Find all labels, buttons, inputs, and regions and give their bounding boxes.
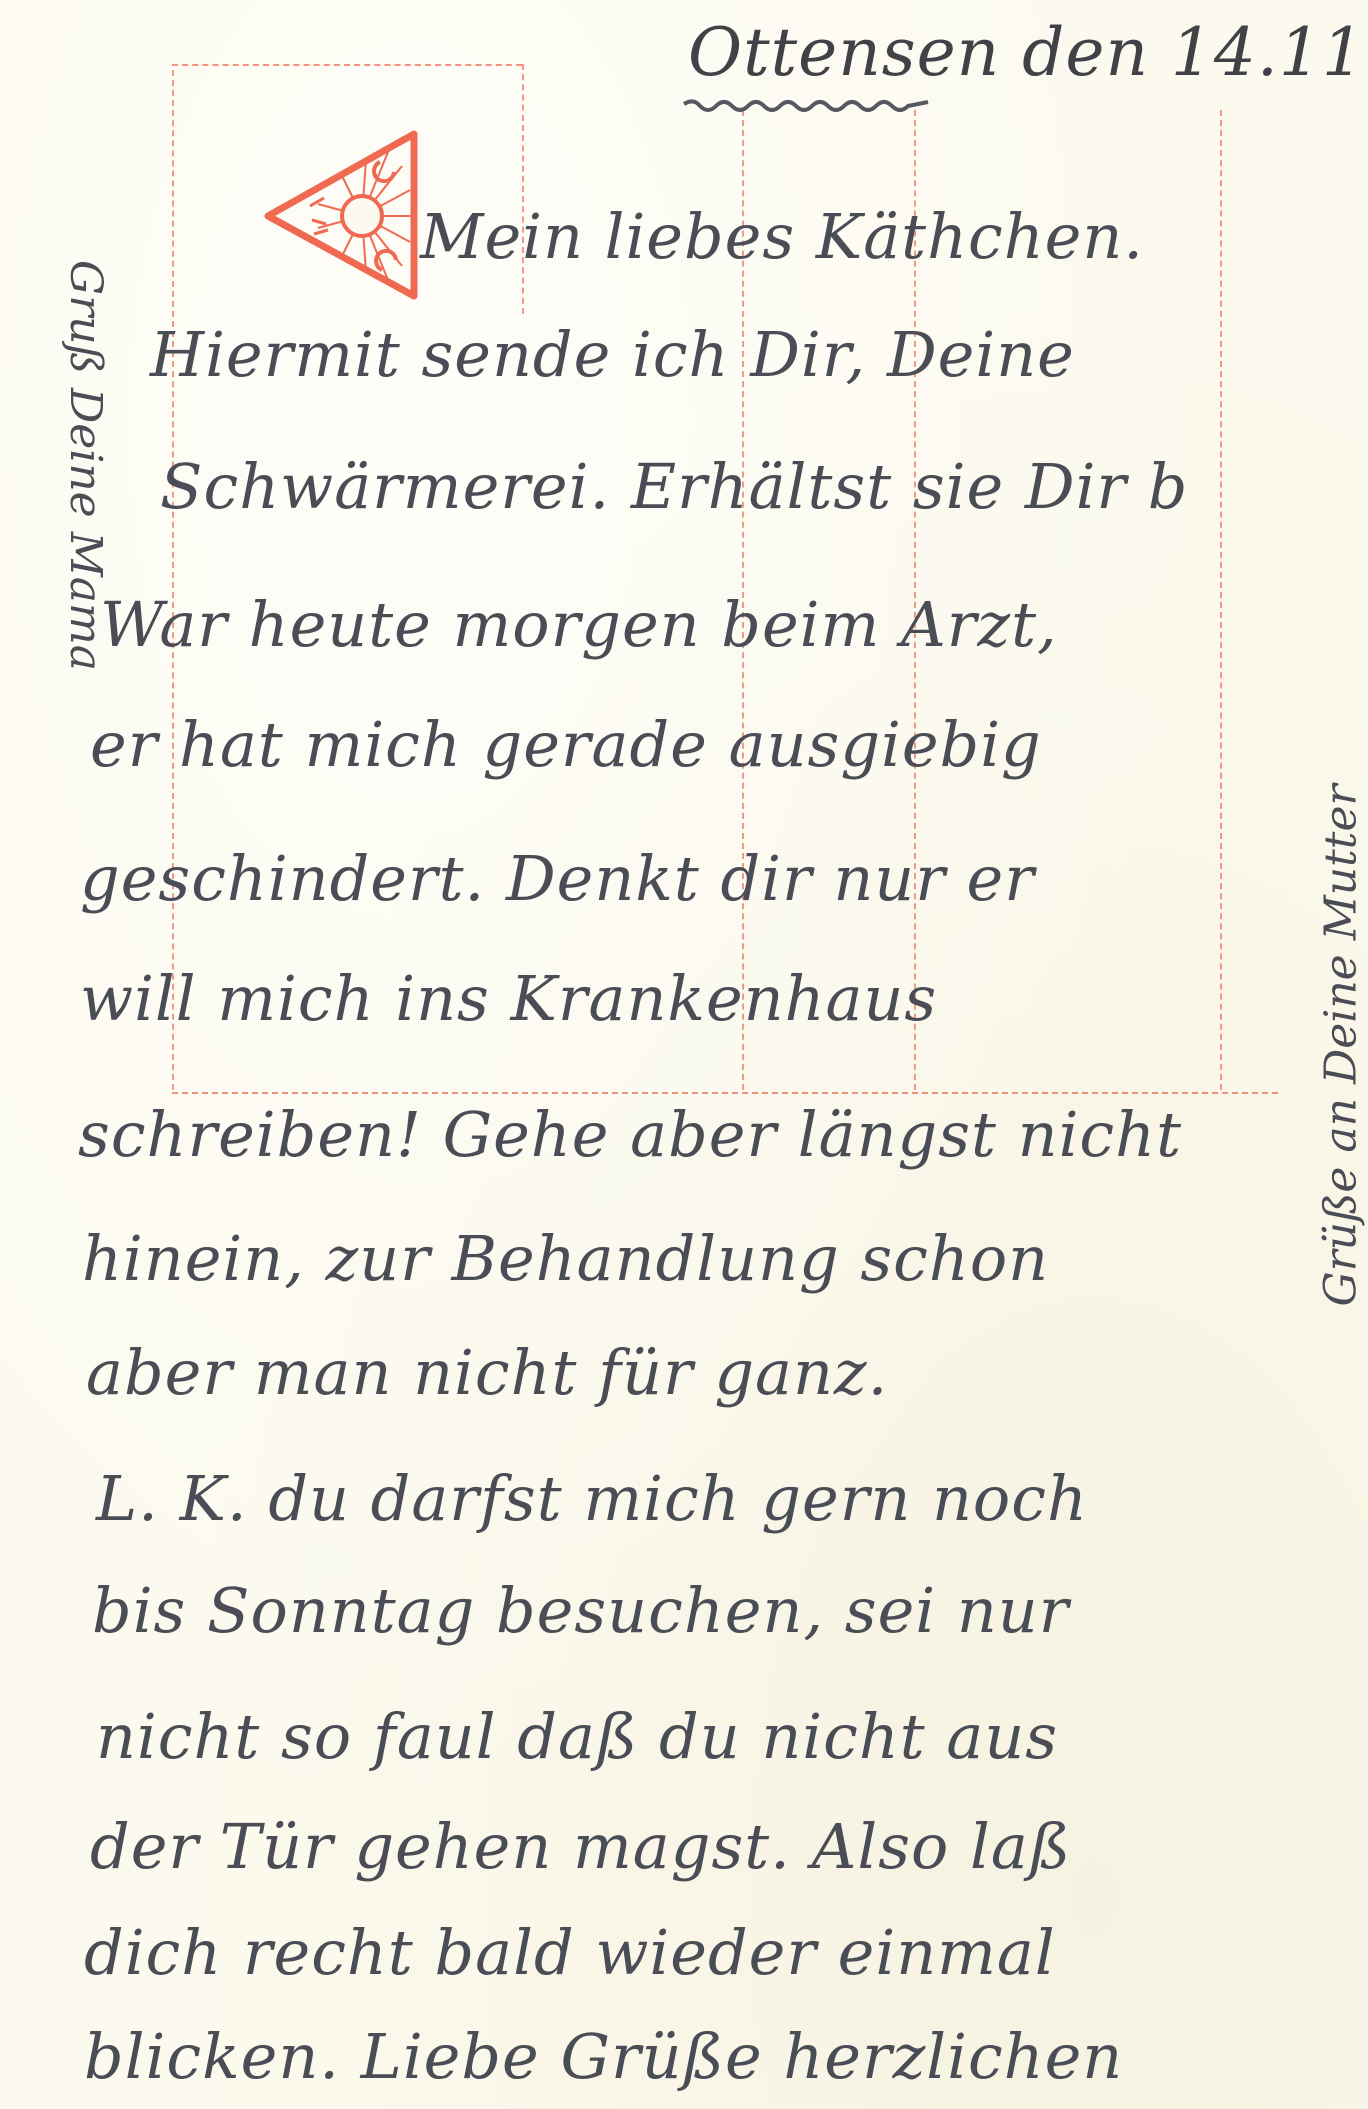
print-line-v2 [522,64,524,314]
letter-line-9: hinein, zur Behandlung schon [82,1222,1049,1295]
print-line-middle [172,1092,1278,1094]
letter-line-1: Mein liebes Käthchen. [420,200,1144,273]
letter-line-5: er hat mich gerade ausgiebig [90,708,1042,781]
letter-line-7: will mich ins Krankenhaus [80,962,937,1035]
letter-line-16: blicken. Liebe Grüße herzlichen [84,2020,1123,2093]
letter-line-15: dich recht bald wieder einmal [84,1916,1056,1989]
letter-line-4: War heute morgen beim Arzt, [100,588,1058,661]
letter-line-8: schreiben! Gehe aber längst nicht [78,1098,1182,1171]
print-line-v1 [172,70,174,1090]
letter-line-13: nicht so faul daß du nicht aus [96,1700,1058,1773]
letter-line-12: bis Sonntag besuchen, sei nur [92,1574,1069,1647]
postcard: Ottensen den 14.11.18. Mein liebes Käthc… [0,0,1368,2109]
print-line-top [172,64,522,66]
right-margin-note: Grüße an Deine Mutter [1316,784,1367,1306]
left-margin-note: Gruß Deine Mama [60,260,111,671]
triangle-sun-logo-icon [262,130,422,300]
place-underline [680,96,980,120]
letter-line-10: aber man nicht für ganz. [86,1336,888,1409]
place-date: Ottensen den 14.11.18. [688,14,1368,91]
letter-line-6: geschindert. Denkt dir nur er [80,842,1035,915]
letter-line-3: Schwärmerei. Erhältst sie Dir b [160,450,1188,523]
print-line-v5 [1220,110,1222,1090]
letter-line-14: der Tür gehen magst. Also laß [90,1810,1071,1883]
letter-line-11: L. K. du darfst mich gern noch [96,1462,1088,1535]
letter-line-2: Hiermit sende ich Dir, Deine [150,318,1075,391]
